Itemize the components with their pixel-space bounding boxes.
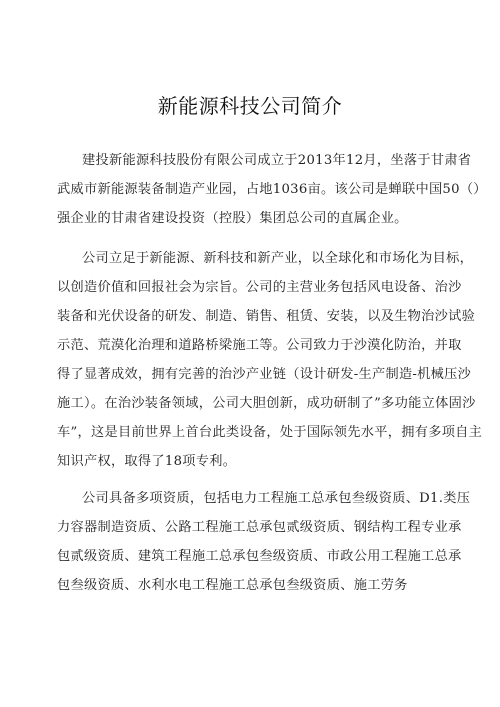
text-line: 武威市新能源装备制造产业园，占地1036亩。该公司是蝉联中国50（） [57,181,487,199]
text-line: 示范、荒漠化治理和道路桥梁施工等。公司致力于沙漠化防治，并取 [57,337,462,355]
text-line: 装备和光伏设备的研发、制造、销售、租赁、安装，以及生物治沙试验 [57,308,475,326]
document-title: 新能源科技公司简介 [0,90,500,119]
text-line: 建投新能源科技股份有限公司成立于2013年12月，坐落于甘肃省 [82,152,471,170]
text-line: 以创造价值和回报社会为宗旨。公司的主营业务包括风电设备、治沙 [57,279,462,297]
text-line: 包叁级资质、水利水电工程施工总承包叁级资质、施工劳务 [57,577,408,595]
text-line: 车”，这是目前世界上首台此类设备，处于国际领先水平，拥有多项自主 [57,424,482,442]
text-line: 得了显著成效，拥有完善的治沙产业链（设计研发-生产制造-机械压沙 [57,366,471,384]
text-line: 力容器制造资质、公路工程施工总承包贰级资质、钢结构工程专业承 [57,519,462,537]
text-line: 公司具备多项资质，包括电力工程施工总承包叁级资质、D1.类压 [82,490,470,508]
text-line: 公司立足于新能源、新科技和新产业，以全球化和市场化为目标， [82,250,473,268]
text-line: 知识产权，取得了18项专利。 [57,453,236,471]
text-line: 强企业的甘肃省建设投资（控股）集团总公司的直属企业。 [57,210,408,228]
text-line: 包贰级资质、建筑工程施工总承包叁级资质、市政公用工程施工总承 [57,548,462,566]
text-line: 施工）。在治沙装备领域，公司大胆创新，成功研制了”多功能立体固沙 [57,395,476,413]
